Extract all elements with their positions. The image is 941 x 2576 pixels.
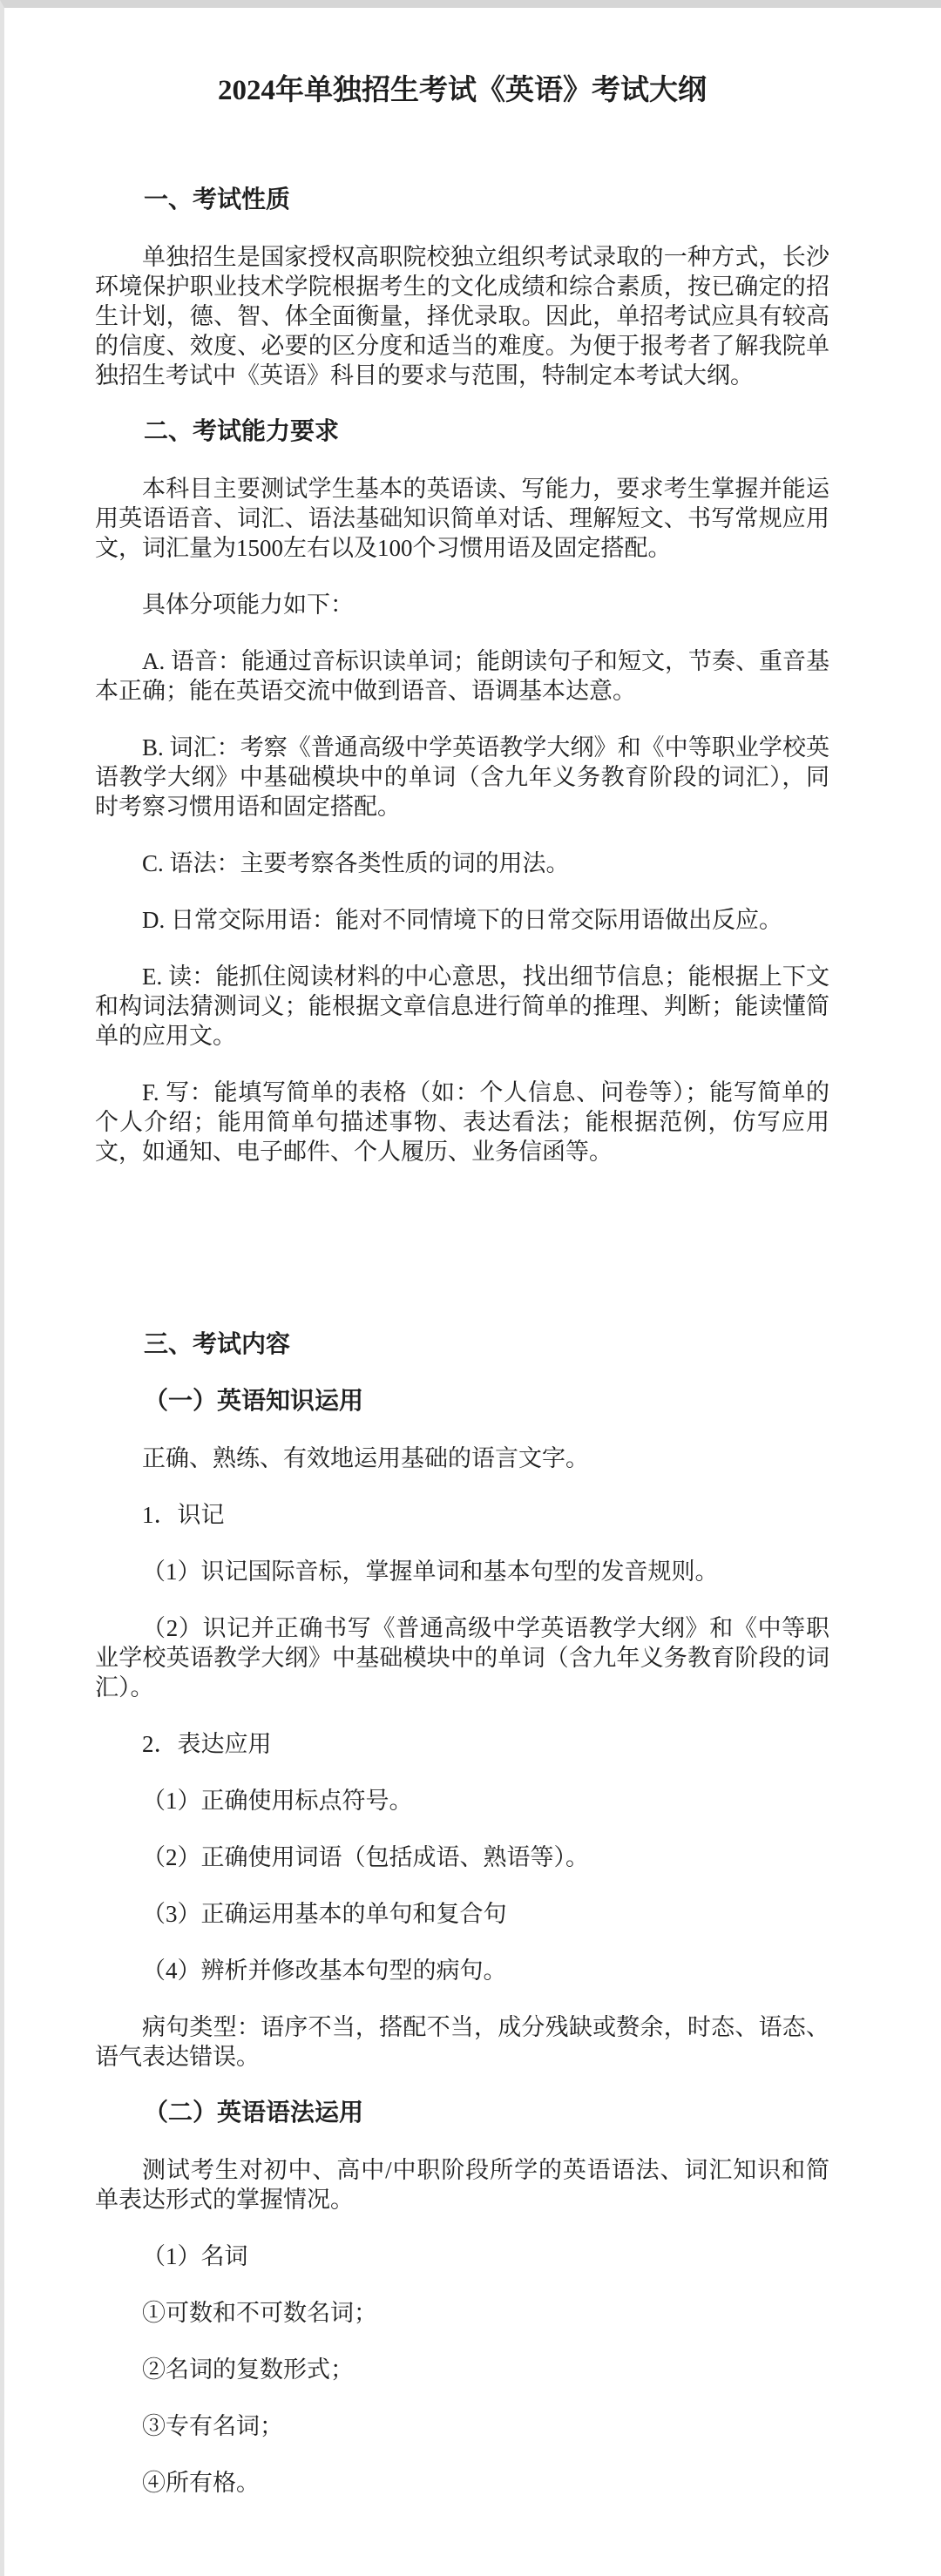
- expression-item-4: （4）辨析并修改基本句型的病句。: [95, 1956, 829, 1985]
- memorize-item-2: （2）识记并正确书写《普通高级中学英语教学大纲》和《中等职业学校英语教学大纲》中…: [95, 1613, 829, 1702]
- grammar-use-intro: 测试考生对初中、高中/中职阶段所学的英语语法、词汇知识和简单表达形式的掌握情况。: [95, 2155, 829, 2214]
- ability-list-intro: 具体分项能力如下：: [95, 590, 829, 619]
- knowledge-use-intro: 正确、熟练、有效地运用基础的语言文字。: [95, 1444, 829, 1473]
- subsection-1-heading: （一）英语知识运用: [95, 1387, 829, 1416]
- memorize-heading: 1．识记: [95, 1500, 829, 1530]
- noun-heading: （1）名词: [95, 2241, 829, 2271]
- document-page: 2024年单独招生考试《英语》考试大纲 一、考试性质 单独招生是国家授权高职院校…: [0, 0, 941, 2576]
- ability-item-b: B. 词汇：考察《普通高级中学英语教学大纲》和《中等职业学校英语教学大纲》中基础…: [95, 733, 829, 821]
- document-content: 2024年单独招生考试《英语》考试大纲 一、考试性质 单独招生是国家授权高职院校…: [4, 8, 941, 2576]
- noun-item-4: ④所有格。: [95, 2468, 829, 2498]
- ability-item-c: C. 语法：主要考察各类性质的词的用法。: [95, 849, 829, 878]
- memorize-item-1: （1）识记国际音标，掌握单词和基本句型的发音规则。: [95, 1557, 829, 1586]
- section-2-heading: 二、考试能力要求: [95, 417, 829, 447]
- document-title: 2024年单独招生考试《英语》考试大纲: [95, 72, 829, 109]
- section-1-heading: 一、考试性质: [95, 186, 829, 215]
- expression-item-1: （1）正确使用标点符号。: [95, 1786, 829, 1815]
- ability-item-d: D. 日常交际用语：能对不同情境下的日常交际用语做出反应。: [95, 905, 829, 935]
- ability-item-f: F. 写：能填写简单的表格（如：个人信息、问卷等）；能写简单的个人介绍；能用简单…: [95, 1078, 829, 1166]
- error-types-paragraph: 病句类型：语序不当，搭配不当，成分残缺或赘余，时态、语态、语气表达错误。: [95, 2012, 829, 2072]
- ability-item-e: E. 读：能抓住阅读材料的中心意思，找出细节信息；能根据上下文和构词法猜测词义；…: [95, 962, 829, 1051]
- expression-item-2: （2）正确使用词语（包括成语、熟语等）。: [95, 1842, 829, 1872]
- noun-item-2: ②名词的复数形式；: [95, 2355, 829, 2384]
- noun-item-1: ①可数和不可数名词；: [95, 2298, 829, 2328]
- ability-overview-paragraph: 本科目主要测试学生基本的英语读、写能力，要求考生掌握并能运用英语语音、词汇、语法…: [95, 474, 829, 563]
- section-3-heading: 三、考试内容: [95, 1330, 829, 1360]
- expression-item-3: （3）正确运用基本的单句和复合句: [95, 1899, 829, 1929]
- noun-item-3: ③专有名词；: [95, 2411, 829, 2441]
- subsection-2-heading: （二）英语语法运用: [95, 2099, 829, 2128]
- section-1-paragraph: 单独招生是国家授权高职院校独立组织考试录取的一种方式，长沙环境保护职业技术学院根…: [95, 242, 829, 390]
- expression-heading: 2．表达应用: [95, 1729, 829, 1759]
- ability-item-a: A. 语音：能通过音标识读单词；能朗读句子和短文，节奏、重音基本正确；能在英语交…: [95, 646, 829, 706]
